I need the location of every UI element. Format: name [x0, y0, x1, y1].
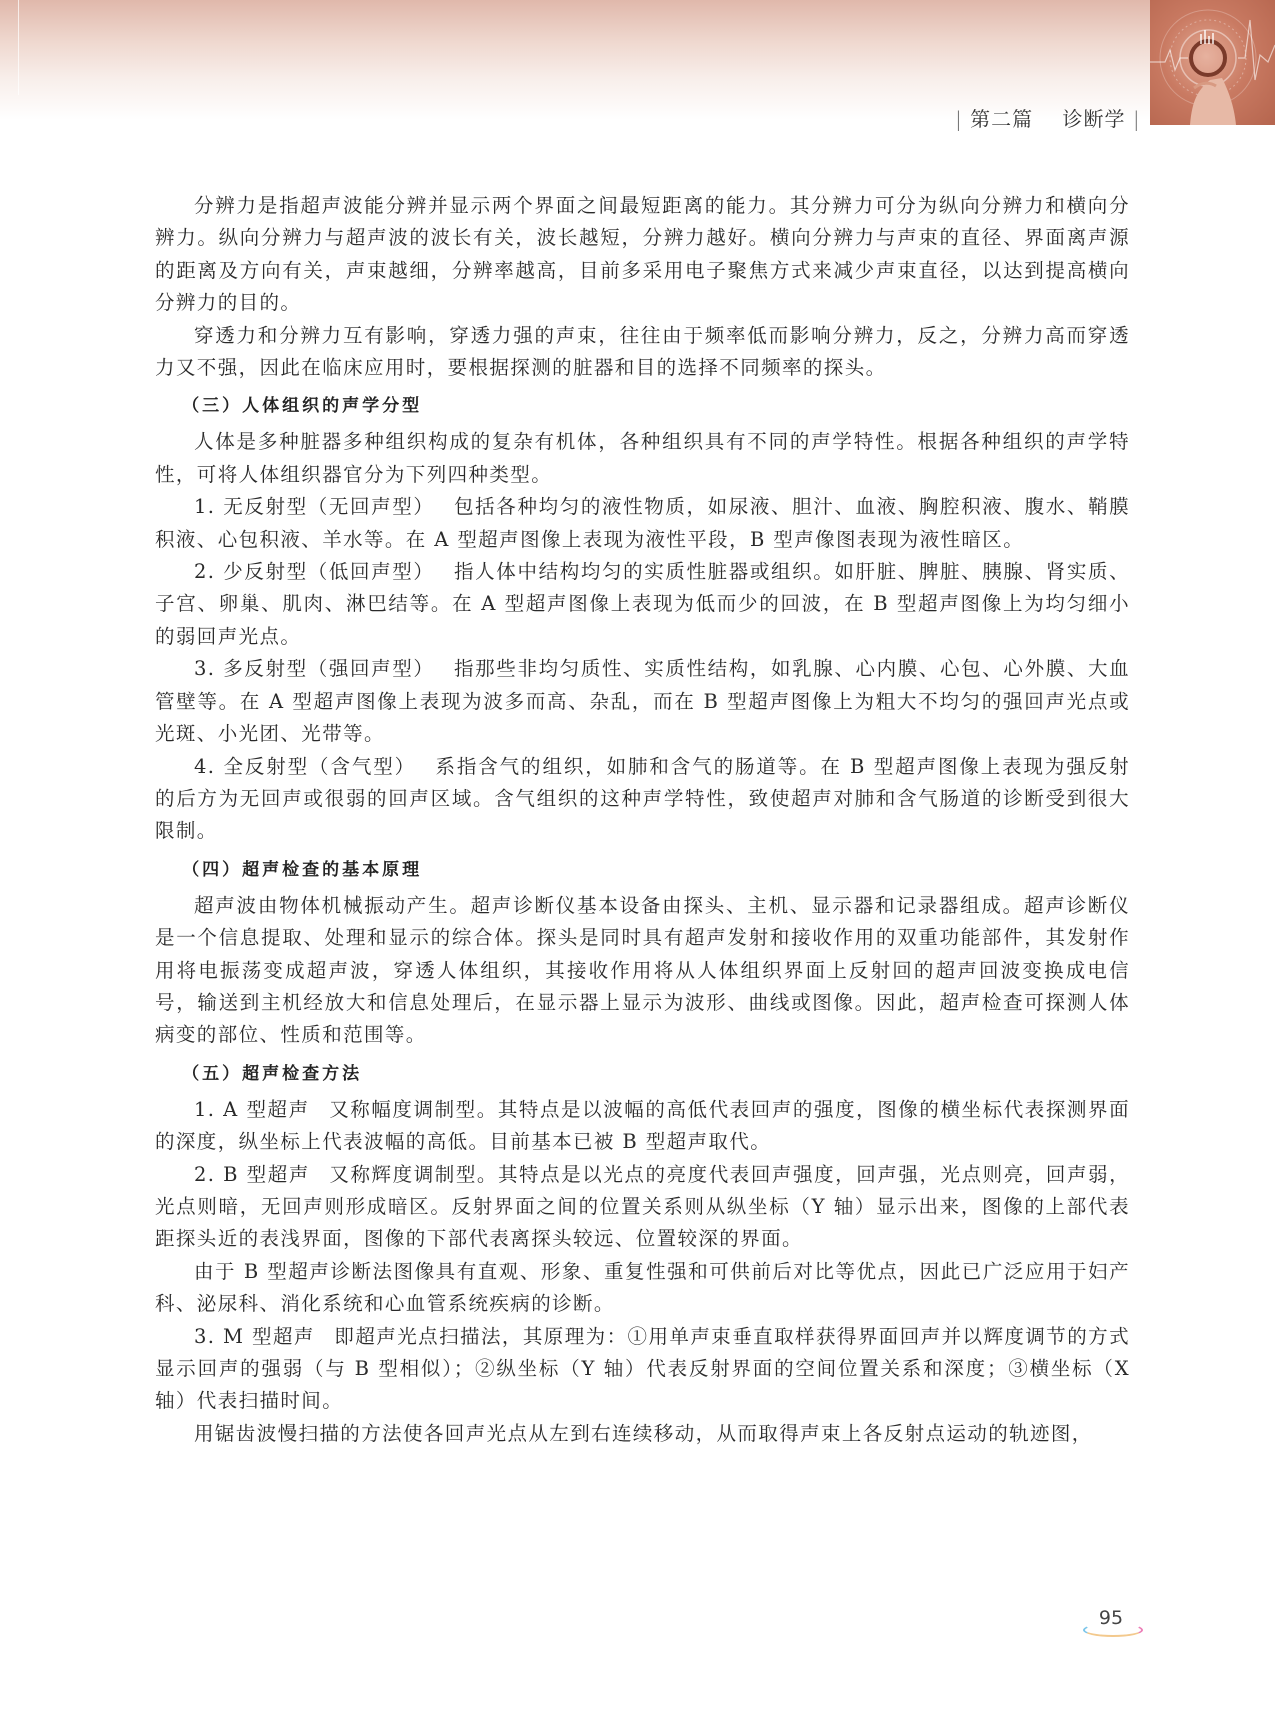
item-title: 1. A 型超声	[194, 1098, 310, 1121]
section-heading-basic-principle: （四）超声检查的基本原理	[155, 854, 1130, 886]
header-band	[0, 0, 1150, 120]
item-title: 4. 全反射型（含气型）	[194, 755, 416, 778]
running-head: | 第二篇 诊断学 |	[955, 103, 1141, 132]
list-item-hyperechoic: 3. 多反射型（强回声型）指那些非均匀质性、实质性结构，如乳腺、心内膜、心包、心…	[155, 653, 1130, 750]
stethoscope-icon	[1150, 0, 1275, 125]
page-number: 95	[1080, 1607, 1150, 1643]
header-divider-line	[18, 0, 19, 95]
stethoscope-heartbeat-photo	[1150, 0, 1275, 125]
section-heading-acoustic-types: （三）人体组织的声学分型	[155, 390, 1130, 422]
item-title: 3. 多反射型（强回声型）	[194, 657, 435, 680]
list-item-m-mode: 3. M 型超声即超声光点扫描法，其原理为：①用单声束垂直取样获得界面回声并以辉…	[155, 1321, 1130, 1418]
page-number-text: 95	[1099, 1607, 1123, 1629]
running-head-left-bar: |	[955, 107, 963, 131]
running-head-title: 诊断学	[1062, 107, 1125, 131]
paragraph-sawtooth-scan: 用锯齿波慢扫描的方法使各回声光点从左到右连续移动，从而取得声束上各反射点运动的轨…	[155, 1418, 1130, 1450]
list-item-hypoechoic: 2. 少反射型（低回声型）指人体中结构均匀的实质性脏器或组织。如肝脏、脾脏、胰腺…	[155, 556, 1130, 653]
running-head-right-bar: |	[1133, 107, 1141, 131]
item-title: 2. 少反射型（低回声型）	[194, 560, 435, 583]
list-item-a-mode: 1. A 型超声又称幅度调制型。其特点是以波幅的高低代表回声的强度，图像的横坐标…	[155, 1094, 1130, 1159]
running-head-part: 第二篇	[970, 107, 1033, 131]
list-item-b-mode: 2. B 型超声又称辉度调制型。其特点是以光点的亮度代表回声强度，回声强，光点则…	[155, 1159, 1130, 1256]
paragraph-resolution: 分辨力是指超声波能分辨并显示两个界面之间最短距离的能力。其分辨力可分为纵向分辨力…	[155, 190, 1130, 320]
item-title: 1. 无反射型（无回声型）	[194, 495, 435, 518]
page-content: 分辨力是指超声波能分辨并显示两个界面之间最短距离的能力。其分辨力可分为纵向分辨力…	[155, 190, 1130, 1450]
paragraph-acoustic-intro: 人体是多种脏器多种组织构成的复杂有机体，各种组织具有不同的声学特性。根据各种组织…	[155, 426, 1130, 491]
paragraph-basic-principle: 超声波由物体机械振动产生。超声诊断仪基本设备由探头、主机、显示器和记录器组成。超…	[155, 890, 1130, 1052]
list-item-anechoic: 1. 无反射型（无回声型）包括各种均匀的液性物质，如尿液、胆汁、血液、胸腔积液、…	[155, 491, 1130, 556]
paragraph-penetration: 穿透力和分辨力互有影响，穿透力强的声束，往往由于频率低而影响分辨力，反之，分辨力…	[155, 320, 1130, 385]
section-heading-exam-methods: （五）超声检查方法	[155, 1058, 1130, 1090]
list-item-total-reflection: 4. 全反射型（含气型）系指含气的组织，如肺和含气的肠道等。在 B 型超声图像上…	[155, 751, 1130, 848]
paragraph-b-mode-note: 由于 B 型超声诊断法图像具有直观、形象、重复性强和可供前后对比等优点，因此已广…	[155, 1256, 1130, 1321]
item-title: 2. B 型超声	[194, 1163, 310, 1186]
item-title: 3. M 型超声	[194, 1325, 315, 1348]
